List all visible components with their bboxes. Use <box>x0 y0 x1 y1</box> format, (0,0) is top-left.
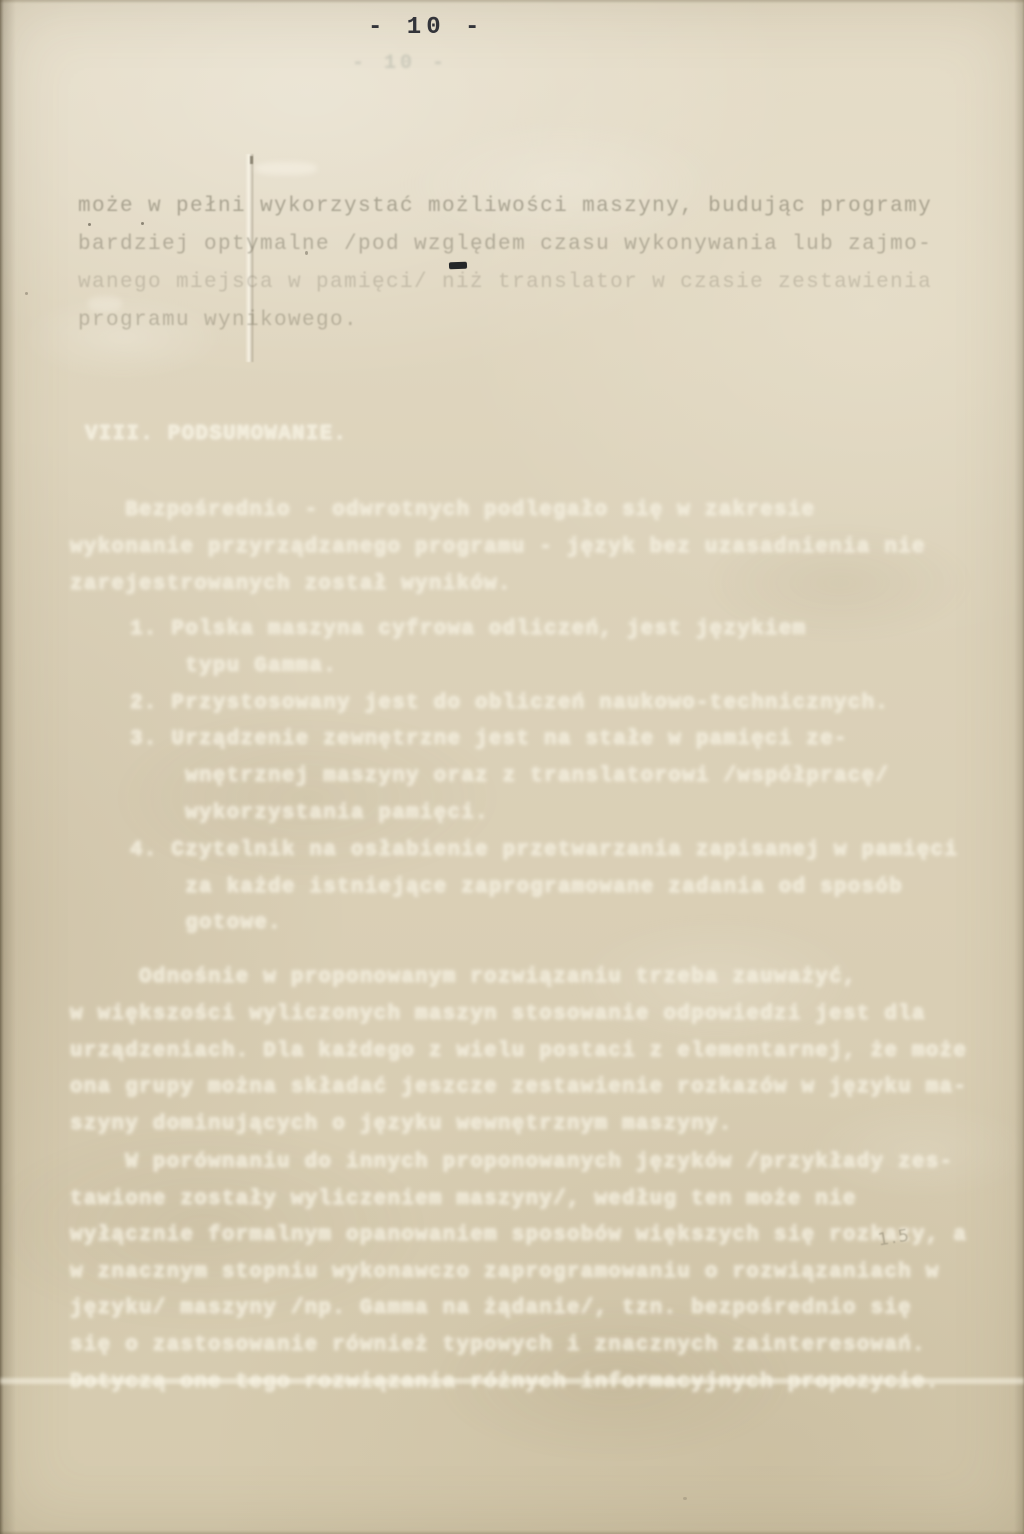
ghost-paragraph-3: W porównaniu do innych proponowanych jęz… <box>70 1145 967 1401</box>
ghost-smudge <box>88 296 122 312</box>
ghost-smudge <box>255 162 317 175</box>
text-line: ona grupy można składać jeszcze zestawie… <box>70 1070 967 1107</box>
ghost-paragraph-1: Bezpośrednio - odwrotnych podlegało się … <box>70 492 926 603</box>
page-number: - 10 - <box>368 14 484 41</box>
scan-edge-right <box>1014 0 1024 1534</box>
text-line: Odnośnie w proponowanym rozwiązaniu trze… <box>70 960 967 997</box>
text-line: bardziej optymalne /pod względem czasu w… <box>78 226 932 264</box>
text-line: szyny dominujących o języku wewnętrznym … <box>70 1107 967 1144</box>
ink-speck <box>305 251 308 255</box>
text-line: może w pełni wykorzystać możliwości masz… <box>78 188 932 226</box>
page-number-ghost: - 10 - <box>352 52 448 75</box>
text-line: wyłącznie formalnym opanowaniem sposobów… <box>70 1218 967 1255</box>
ink-dash-artifact <box>449 262 467 270</box>
ink-speck <box>683 1497 687 1500</box>
list-line: wnętrznej maszyny oraz z translatorowi /… <box>130 759 958 796</box>
text-line: wykonanie przyrządzanego programu - języ… <box>70 529 926 566</box>
ink-speck <box>141 222 144 225</box>
text-line: w większości wyliczonych maszyn stosowan… <box>70 997 967 1034</box>
text-line: wanego miejsca w pamięci/ niż translator… <box>78 264 932 302</box>
list-line: 1. Polska maszyna cyfrowa odliczeń, jest… <box>130 612 958 649</box>
list-line: 3. Urządzenie zewnętrzne jest na stałe w… <box>130 722 958 759</box>
ink-speck <box>88 223 91 226</box>
text-line: języku/ maszyny /np. Gamma na żądanie/, … <box>70 1291 967 1328</box>
ghost-paragraph-2: Odnośnie w proponowanym rozwiązaniu trze… <box>70 960 967 1144</box>
text-line: w znacznym stopniu wykonawczo zaprogramo… <box>70 1255 967 1292</box>
text-line: tawione zostały wyliczeniem maszyny/, we… <box>70 1182 967 1219</box>
text-line: zarejestrowanych został wyników. <box>70 566 926 603</box>
scan-edge-left <box>0 0 16 1534</box>
paper-edge-streak <box>0 1378 1024 1384</box>
text-line: urządzeniach. Dla każdego z wielu postac… <box>70 1034 967 1071</box>
ink-speck <box>25 292 28 295</box>
list-line: typu Gamma. <box>130 649 958 686</box>
list-line: wykorzystania pamięci. <box>130 796 958 833</box>
ghost-numbered-list: 1. Polska maszyna cyfrowa odliczeń, jest… <box>130 612 958 943</box>
list-line: 2. Przystosowany jest do obliczeń naukow… <box>130 686 958 723</box>
text-line: programu wynikowego. <box>78 302 932 340</box>
scanned-document-page: - 10 - - 10 - może w pełni wykorzystać m… <box>0 0 1024 1534</box>
intro-paragraph: może w pełni wykorzystać możliwości masz… <box>78 188 932 340</box>
section-heading-ghost: VIII. PODSUMOWANIE. <box>85 416 347 453</box>
crease-tick-mark <box>250 156 253 164</box>
list-line: gotowe. <box>130 906 958 943</box>
list-line: za każde istniejące zaprogramowane zadan… <box>130 870 958 907</box>
text-line: W porównaniu do innych proponowanych jęz… <box>70 1145 967 1182</box>
list-line: 4. Czytelnik na osłabienie przetwarzania… <box>130 833 958 870</box>
text-line: Bezpośrednio - odwrotnych podlegało się … <box>70 492 926 529</box>
text-line: się o zastosowanie również typowych i zn… <box>70 1328 967 1365</box>
